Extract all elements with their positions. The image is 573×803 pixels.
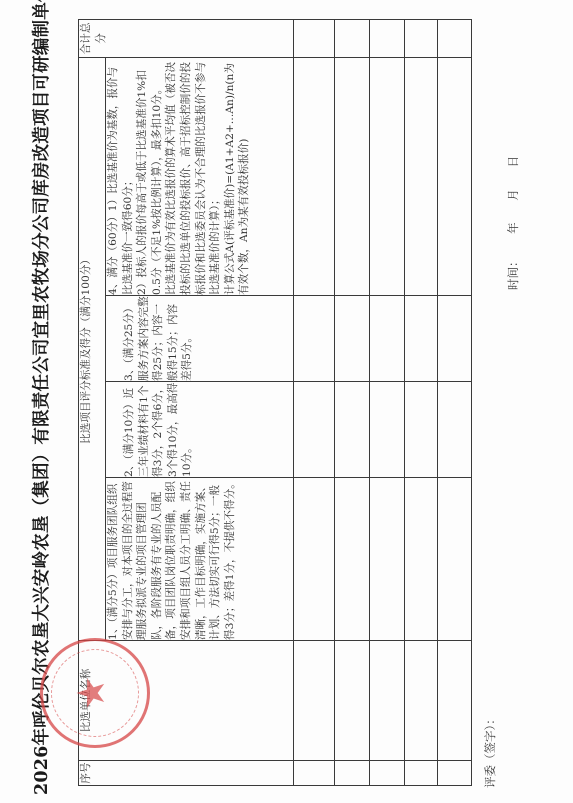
score-cell-criterion-4[interactable] — [335, 57, 370, 295]
date-month: 月 — [506, 189, 520, 201]
total-score-cell[interactable] — [370, 19, 405, 57]
criterion-4-line: 4、满分（60分）1）比选基准价为基数，报价与比选基准价一致得60分； — [106, 58, 135, 295]
score-cell-criterion-3[interactable] — [294, 296, 335, 382]
company-name-cell[interactable] — [335, 641, 370, 761]
criterion-2: 2、（满分10分）近三年业绩材料有1个得3分，2个得6分，3个得10分，最高得1… — [106, 382, 294, 478]
table-row — [335, 19, 370, 785]
judge-signature-label: 评委（签字）： — [482, 713, 498, 788]
table-row — [294, 19, 335, 785]
score-cell-criterion-4[interactable] — [370, 57, 405, 295]
score-cell-criterion-3[interactable] — [438, 296, 472, 382]
total-score-cell[interactable] — [335, 19, 370, 57]
score-cell-criterion-4[interactable] — [294, 57, 335, 295]
criterion-3: 3、（满分25分）服务方案内容完整得25分；内容一般得15分；内容差得5分。 — [106, 296, 294, 382]
score-cell-criterion-1[interactable] — [438, 478, 472, 641]
score-cell-criterion-1[interactable] — [370, 478, 405, 641]
company-name-cell[interactable] — [294, 641, 335, 761]
table-row — [438, 19, 472, 785]
criterion-4: 4、满分（60分）1）比选基准价为基数，报价与比选基准价一致得60分； 2）投标… — [106, 57, 294, 295]
date-line: 时间： 年 月 日 — [505, 156, 521, 290]
company-name-cell[interactable] — [438, 641, 472, 761]
seq-no-cell[interactable] — [438, 761, 472, 786]
score-cell-criterion-1[interactable] — [294, 478, 335, 641]
header-company-name: 比选单位名称 — [79, 641, 294, 761]
score-cell-criterion-4[interactable] — [438, 57, 472, 295]
header-total-score: 合计总分 — [79, 19, 294, 57]
score-cell-criterion-3[interactable] — [405, 296, 438, 382]
table-row — [370, 19, 405, 785]
company-name-cell[interactable] — [370, 641, 405, 761]
total-score-cell[interactable] — [438, 19, 472, 57]
score-cell-criterion-2[interactable] — [370, 382, 405, 478]
seq-no-cell[interactable] — [294, 761, 335, 786]
criterion-4-line: 2）投标人的报价每高于或低于比选基准价1%扣0.5分（不足1%按比例计算），最多… — [135, 58, 164, 295]
score-cell-criterion-1[interactable] — [335, 478, 370, 641]
score-cell-criterion-2[interactable] — [405, 382, 438, 478]
seq-no-cell[interactable] — [335, 761, 370, 786]
score-cell-criterion-4[interactable] — [405, 57, 438, 295]
score-cell-criterion-2[interactable] — [335, 382, 370, 478]
header-criteria-group: 比选项目评分标准及得分（满分100分） — [79, 57, 106, 640]
header-row: 序号 比选单位名称 比选项目评分标准及得分（满分100分） 合计总分 — [79, 19, 106, 785]
date-year: 年 — [506, 222, 520, 234]
total-score-cell[interactable] — [405, 19, 438, 57]
seq-no-cell[interactable] — [405, 761, 438, 786]
date-day: 日 — [506, 156, 520, 168]
table-row — [405, 19, 438, 785]
scoring-table: 序号 比选单位名称 比选项目评分标准及得分（满分100分） 合计总分 1、（满分… — [78, 19, 472, 786]
header-seq-no: 序号 — [79, 761, 294, 786]
seq-no-cell[interactable] — [370, 761, 405, 786]
score-cell-criterion-1[interactable] — [405, 478, 438, 641]
company-name-cell[interactable] — [405, 641, 438, 761]
date-label: 时间： — [506, 256, 520, 291]
document-title: 2026年呼伦贝尔农垦大兴安岭农垦（集团）有限责任公司宜里农牧场分公司库房改造项… — [28, 5, 53, 795]
score-cell-criterion-2[interactable] — [438, 382, 472, 478]
criterion-4-line: 计算公式A(评标基准价)=(A1+A2+…An)/n(n为有效个数，An为某有效… — [223, 58, 252, 295]
score-cell-criterion-2[interactable] — [294, 382, 335, 478]
total-score-cell[interactable] — [294, 19, 335, 57]
score-cell-criterion-3[interactable] — [370, 296, 405, 382]
criterion-1: 1、（满分5分）项目服务团队组织安排与分工，对本项目的全过程管理服务拟派专业的项… — [106, 478, 294, 641]
score-sheet: 2026年呼伦贝尔农垦大兴安岭农垦（集团）有限责任公司宜里农牧场分公司库房改造项… — [0, 0, 573, 803]
criterion-4-line: 比选基准价为有效比选报价的算术平均值（被否决投标的比选单位的投标报价、高于招标控… — [164, 58, 222, 295]
score-cell-criterion-3[interactable] — [335, 296, 370, 382]
